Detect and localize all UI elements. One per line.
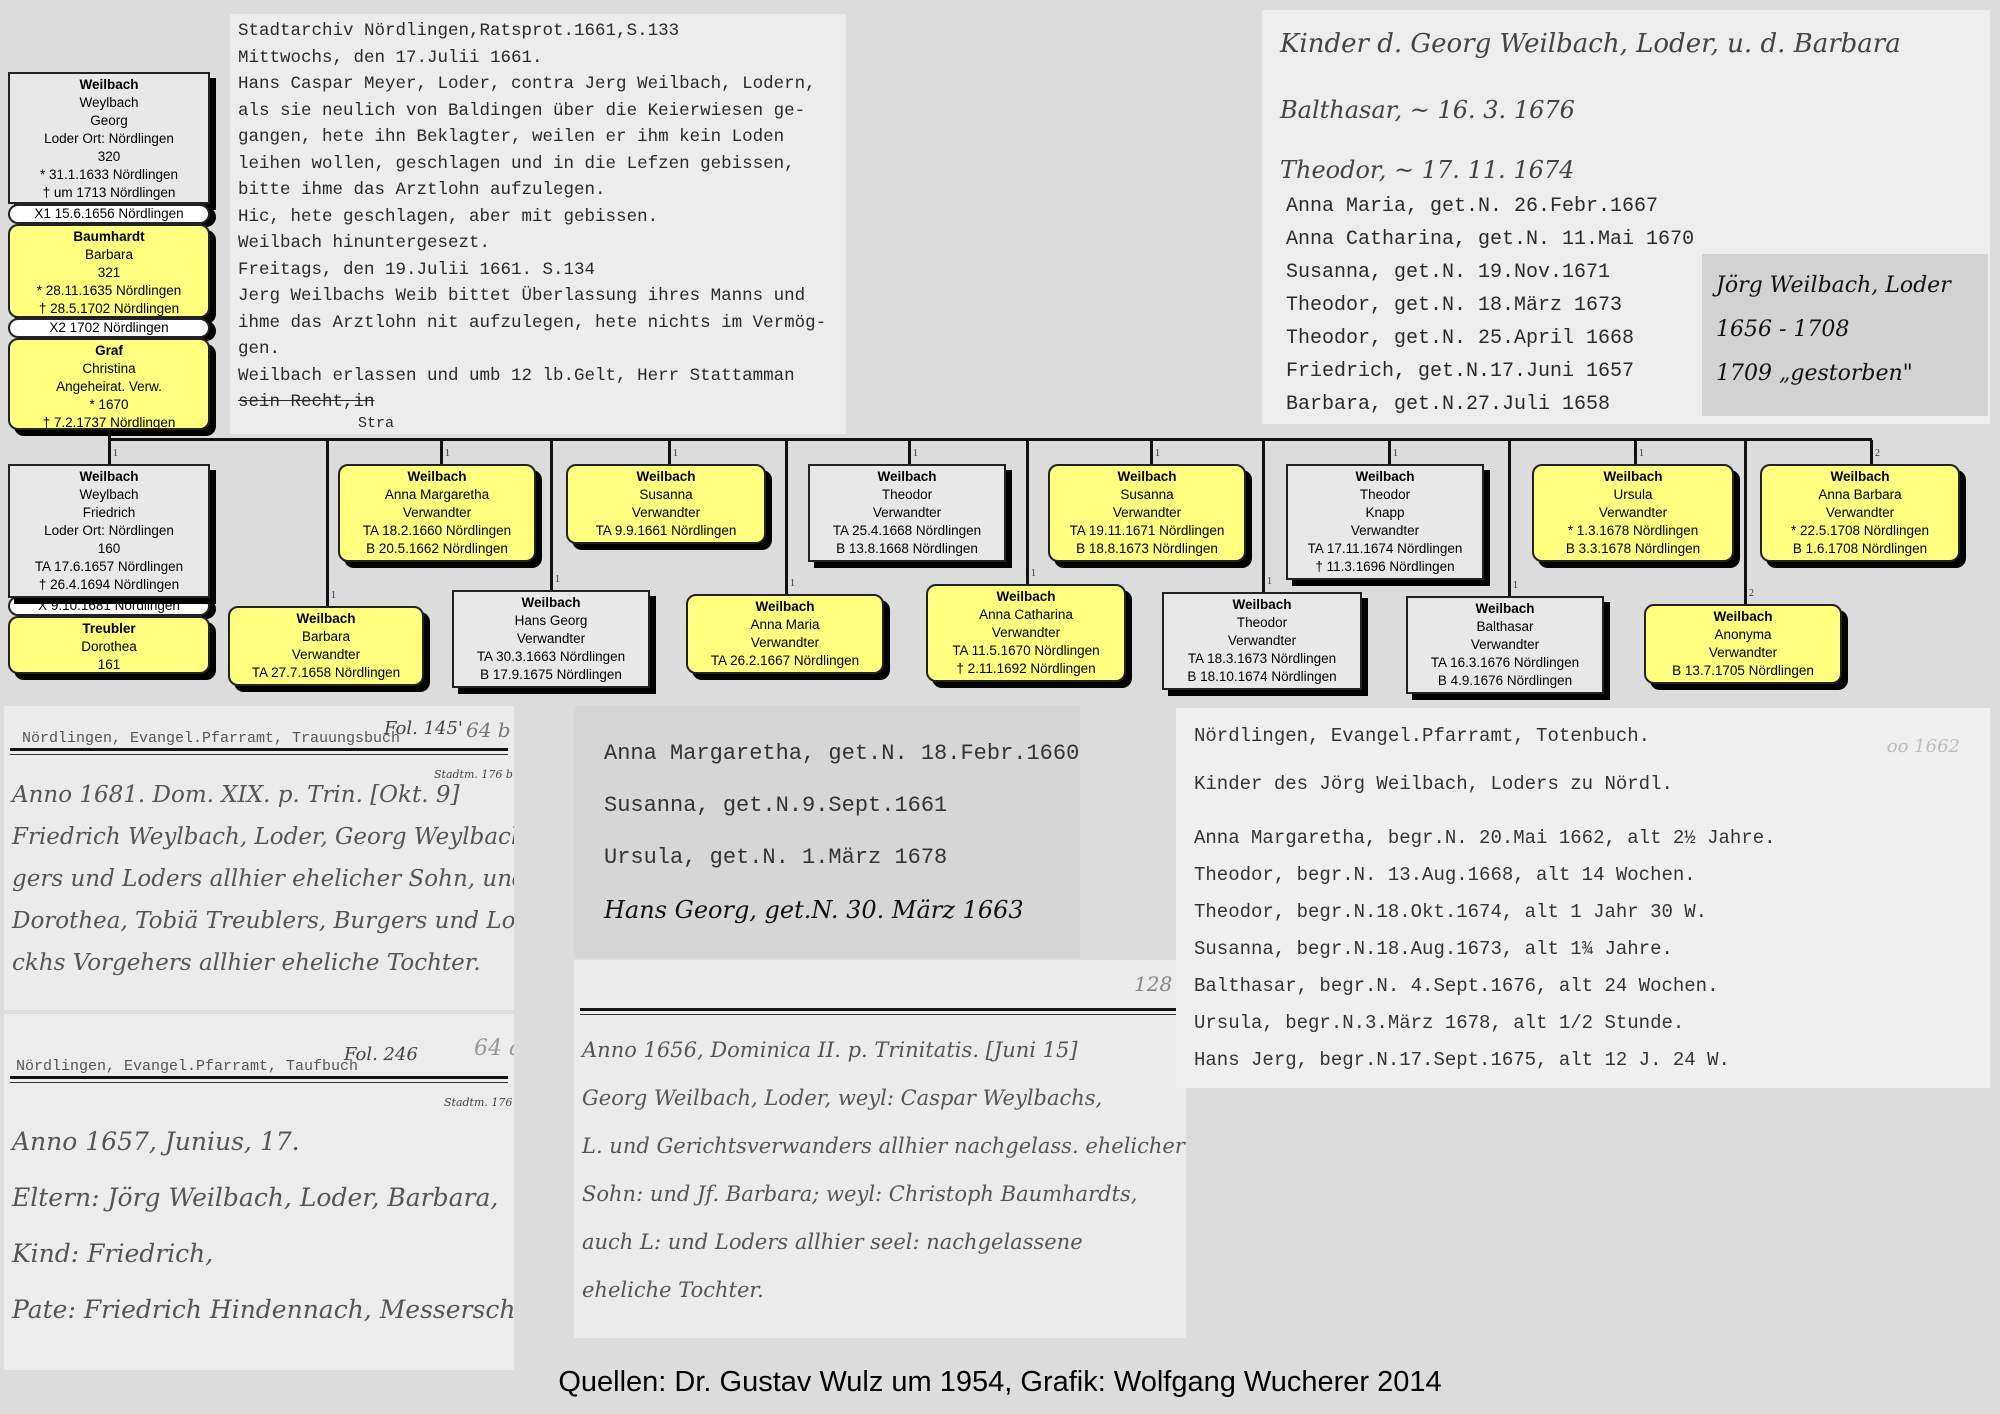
marriage-1: X1 15.6.1656 Nördlingen [8,204,210,224]
child-connector [1870,440,1873,464]
marriage-friedrich: X 9.10.1681 Nördlingen [8,596,210,616]
card-child[interactable]: WeilbachAnna MariaVerwandterTA 26.2.1667… [686,594,884,674]
child-line: Verwandter [232,646,420,664]
child-line: B 20.5.1662 Nördlingen [342,540,532,558]
child-line: Verwandter [342,504,532,522]
child-line: * 22.5.1708 Nördlingen [1764,522,1956,540]
child-surname: Weilbach [570,468,762,486]
marriage-marker: 1 [673,448,678,459]
child-line: TA 17.6.1657 Nördlingen [12,558,206,576]
child-surname: Weilbach [1648,608,1838,626]
marriage-marker: 1 [790,578,795,589]
note-line-0: Jörg Weilbach, Loder [1716,264,1974,308]
card-child[interactable]: WeilbachTheodorKnappVerwandterTA 17.11.1… [1286,464,1484,580]
child-line: B 1.6.1708 Nördlingen [1764,540,1956,558]
card-child[interactable]: WeilbachBalthasarVerwandterTA 16.3.1676 … [1406,596,1604,694]
child-line: Verwandter [570,504,762,522]
child-line: B 3.3.1678 Nördlingen [1536,540,1730,558]
child-connector [440,440,443,464]
father-line-5: † um 1713 Nördlingen [12,184,206,202]
child-line: TA 9.9.1661 Nördlingen [570,522,762,540]
doc-taufliste2: Anna Margaretha, get.N. 18.Febr.1660Susa… [574,706,1080,958]
child-line: Knapp [1290,504,1480,522]
totenbuch-line-5: Ursula, begr.N.3.März 1678, alt 1/2 Stun… [1194,1005,1972,1042]
child-line: Anna Barbara [1764,486,1956,504]
marriage-marker: 2 [1749,588,1754,599]
totenbuch-line-2: Theodor, begr.N.18.Okt.1674, alt 1 Jahr … [1194,894,1972,931]
child-line: Verwandter [1764,504,1956,522]
child-line: Verwandter [930,624,1122,642]
trauung-folio: Fol. 145' [384,718,463,739]
child-line: Anna Margaretha [342,486,532,504]
wife2-line-0: Christina [12,360,206,378]
doc-ratsprotokoll: Stadtarchiv Nördlingen,Ratsprot.1661,S.1… [230,14,846,434]
child-connector [668,440,671,464]
trauung-page: 64 b [466,718,511,742]
trauung-line-0: Anno 1681. Dom. XIX. p. Trin. [Okt. 9] [12,774,514,816]
marriage-marker: 2 [1875,448,1880,459]
child-line: Anonyma [1648,626,1838,644]
child-connector [1634,440,1637,464]
marriage-marker: 1 [1393,448,1398,459]
card-child[interactable]: WeilbachAnonymaVerwandterB 13.7.1705 Nör… [1644,604,1842,684]
child-line: B 18.10.1674 Nördlingen [1166,668,1358,686]
kinderliste-line-0: Anna Maria, get.N. 26.Febr.1667 [1286,190,1972,223]
wife1-line-2: * 28.11.1635 Nördlingen [12,282,206,300]
trauung-line-2: gers und Loders allhier ehelicher Sohn, … [12,858,514,900]
child-line: Verwandter [1648,644,1838,662]
taufbuch-stadt: Stadtm. 176 a [444,1096,514,1109]
wife2-line-1: Angeheirat. Verw. [12,378,206,396]
wife1-line-1: 321 [12,264,206,282]
taufbuch-line-2: Kind: Friedrich, [12,1226,514,1282]
trauung1656-line-2: L. und Gerichtsverwanders allhier nachge… [582,1122,1185,1170]
child-line: Loder Ort: Nördlingen [12,522,206,540]
ratsprot-line-0: Stadtarchiv Nördlingen,Ratsprot.1661,S.1… [238,18,838,45]
child-connector [1388,440,1391,464]
child-line: TA 18.3.1673 Nördlingen [1166,650,1358,668]
child-line: Verwandter [812,504,1002,522]
child-line: TA 26.2.1667 Nördlingen [690,652,880,670]
child-line: TA 27.7.1658 Nördlingen [232,664,420,682]
child-line: TA 17.11.1674 Nördlingen [1290,540,1480,558]
father-line-4: * 31.1.1633 Nördlingen [12,166,206,184]
child-line: Ursula [1536,486,1730,504]
ratsprot-line-3: als sie neulich von Baldingen über die K… [238,98,838,125]
doc-trauung1656: 128 b Anno 1656, Dominica II. p. Trinita… [574,960,1186,1338]
ratsprot-line-9: Freitags, den 19.Julii 1661. S.134 [238,257,838,284]
ratsprot-line-6: bitte ihme das Arztlohn aufzulegen. [238,177,838,204]
spouse-line-0: Dorothea [12,638,206,656]
totenbuch-line-3: Susanna, begr.N.18.Aug.1673, alt 1¾ Jahr… [1194,931,1972,968]
ratsprot-struck: sein Recht,in [238,389,838,416]
trauung1656-line-3: Sohn: und Jf. Barbara; weyl: Christoph B… [582,1170,1185,1218]
trauung1656-line-0: Anno 1656, Dominica II. p. Trinitatis. [… [582,1026,1185,1074]
child-line: † 26.4.1694 Nördlingen [12,576,206,594]
child-surname: Weilbach [1536,468,1730,486]
kinderliste-hw-0: Balthasar, ~ 16. 3. 1676 [1280,90,1972,130]
taufbuch-folio: Fol. 246 [344,1044,418,1065]
kinderliste-note: Jörg Weilbach, Loder 1656 - 1708 1709 „g… [1702,254,1988,416]
taufbuch-line-3: Pate: Friedrich Hindennach, Messerschmid… [12,1282,514,1338]
child-line: 160 [12,540,206,558]
wife2-line-3: † 7.2.1737 Nördlingen [12,414,206,432]
child-surname: Weilbach [812,468,1002,486]
doc-kinderliste: Kinder d. Georg Weilbach, Loder, u. d. B… [1262,10,1990,424]
taufbuch-line-1: Eltern: Jörg Weilbach, Loder, Barbara, [12,1170,514,1226]
child-surname: Weilbach [1764,468,1956,486]
trauung1656-lines: Anno 1656, Dominica II. p. Trinitatis. [… [582,1026,1185,1314]
child-connector [1262,440,1265,592]
marriage-2: X2 1702 Nördlingen [8,318,210,338]
card-child[interactable]: WeilbachAnna MargarethaVerwandterTA 18.2… [338,464,536,562]
ratsprot-line-2: Hans Caspar Meyer, Loder, contra Jerg We… [238,71,838,98]
child-connector [550,440,553,590]
ratsprot-line-1: Mittwochs, den 17.Julii 1661. [238,45,838,72]
father-line-3: 320 [12,148,206,166]
child-surname: Weilbach [342,468,532,486]
child-line: Verwandter [690,634,880,652]
child-line: Susanna [570,486,762,504]
totenbuch-mark: oo 1662 [1887,736,1960,757]
child-line: Anna Maria [690,616,880,634]
sibling-bar [108,438,1872,441]
taufbuch-lines: Anno 1657, Junius, 17.Eltern: Jörg Weilb… [12,1114,514,1338]
child-line: † 11.3.1696 Nördlingen [1290,558,1480,576]
marriage-marker: 1 [1513,580,1518,591]
child-connector [1744,440,1747,604]
wife1-line-3: † 28.5.1702 Nördlingen [12,300,206,318]
trauung-line-4: ckhs Vorgehers allhier eheliche Tochter. [12,942,514,984]
child-line: Friedrich [12,504,206,522]
child-line: B 13.8.1668 Nördlingen [812,540,1002,558]
child-connector [1508,440,1511,596]
totenbuch-lines: Anna Margaretha, begr.N. 20.Mai 1662, al… [1194,820,1972,1079]
ratsprot-line-5: leihen wollen, geschlagen und in die Lef… [238,151,838,178]
card-child[interactable]: WeilbachWeylbachFriedrichLoder Ort: Nörd… [8,464,210,598]
card-child[interactable]: WeilbachSusannaVerwandterTA 19.11.1671 N… [1048,464,1246,562]
child-surname: Weilbach [12,468,206,486]
father-line-2: Loder Ort: Nördlingen [12,130,206,148]
ratsprot-annotation: Stra [358,416,838,432]
marriage-marker: 1 [1155,448,1160,459]
marriage-marker: 1 [1267,576,1272,587]
taufliste2-hw: Hans Georg, get.N. 30. März 1663 [604,884,1050,936]
marriage-marker: 1 [331,590,336,601]
child-connector [326,440,329,606]
source-credit: Quellen: Dr. Gustav Wulz um 1954, Grafik… [0,1366,2000,1399]
totenbuch-line-1: Theodor, begr.N. 13.Aug.1668, alt 14 Woc… [1194,857,1972,894]
ratsprot-lines: Stadtarchiv Nördlingen,Ratsprot.1661,S.1… [238,18,838,389]
trauung-lines: Anno 1681. Dom. XIX. p. Trin. [Okt. 9]Fr… [12,774,514,984]
child-line: Theodor [1166,614,1358,632]
card-child[interactable]: WeilbachUrsulaVerwandter* 1.3.1678 Nördl… [1532,464,1734,562]
taufbuch-line-0: Anno 1657, Junius, 17. [12,1114,514,1170]
child-line: Susanna [1052,486,1242,504]
card-child[interactable]: WeilbachAnna CatharinaVerwandterTA 11.5.… [926,584,1126,682]
child-line: Verwandter [456,630,646,648]
card-father[interactable]: Weilbach WeylbachGeorgLoder Ort: Nördlin… [8,72,210,204]
taufliste2-line-2: Ursula, get.N. 1.März 1678 [604,832,1050,884]
kinderliste-heading: Kinder d. Georg Weilbach, Loder, u. d. B… [1280,24,1972,64]
ratsprot-line-8: Weilbach hinuntergesezt. [238,230,838,257]
totenbuch-line-6: Hans Jerg, begr.N.17.Sept.1675, alt 12 J… [1194,1042,1972,1079]
card-spouse-treubler[interactable]: Treubler Dorothea161 [8,616,210,674]
child-line: Weylbach [12,486,206,504]
marriage-marker: 1 [913,448,918,459]
trauung1656-line-4: auch L: und Loders allhier seel: nachgel… [582,1218,1185,1266]
ratsprot-line-7: Hic, hete geschlagen, aber mit gebissen. [238,204,838,231]
child-line: TA 16.3.1676 Nördlingen [1410,654,1600,672]
child-line: B 18.8.1673 Nördlingen [1052,540,1242,558]
child-line: Anna Catharina [930,606,1122,624]
child-line: Theodor [812,486,1002,504]
trauung1656-line-1: Georg Weilbach, Loder, weyl: Caspar Weyl… [582,1074,1185,1122]
marriage-marker: 1 [1031,568,1036,579]
child-line: Balthasar [1410,618,1600,636]
ratsprot-line-13: Weilbach erlassen und umb 12 lb.Gelt, He… [238,363,838,390]
kinderliste-line-1: Anna Catharina, get.N. 11.Mai 1670 [1286,223,1972,256]
child-line: Verwandter [1052,504,1242,522]
child-line: TA 30.3.1663 Nördlingen [456,648,646,666]
child-line: Verwandter [1290,522,1480,540]
totenbuch-line-4: Balthasar, begr.N. 4.Sept.1676, alt 24 W… [1194,968,1972,1005]
child-line: TA 18.2.1660 Nördlingen [342,522,532,540]
child-connector [1026,440,1029,584]
father-surname: Weilbach [12,76,206,94]
card-child[interactable]: WeilbachBarbaraVerwandterTA 27.7.1658 Nö… [228,606,424,686]
ratsprot-line-4: gangen, hete ihn Beklagter, weilen er ih… [238,124,838,151]
totenbuch-line-0: Anna Margaretha, begr.N. 20.Mai 1662, al… [1194,820,1972,857]
card-wife-baumhardt[interactable]: Baumhardt Barbara321* 28.11.1635 Nördlin… [8,224,210,318]
card-child[interactable]: WeilbachTheodorVerwandterTA 25.4.1668 Nö… [808,464,1006,562]
child-surname: Weilbach [1166,596,1358,614]
child-line: B 13.7.1705 Nördlingen [1648,662,1838,680]
child-surname: Weilbach [232,610,420,628]
doc-taufbuch: Nördlingen, Evangel.Pfarramt, Taufbuch F… [4,1014,514,1370]
child-surname: Weilbach [690,598,880,616]
child-line: Barbara [232,628,420,646]
marriage-marker: 1 [445,448,450,459]
spouse-line-1: 161 [12,656,206,674]
note-line-1: 1656 - 1708 [1716,308,1974,352]
trauung-line-3: Dorothea, Tobiä Treublers, Burgers und L… [12,900,514,942]
child-line: Hans Georg [456,612,646,630]
child-surname: Weilbach [1410,600,1600,618]
child-connector [785,440,788,594]
child-line: * 1.3.1678 Nördlingen [1536,522,1730,540]
note-line-2: 1709 „gestorben" [1716,352,1974,396]
marriage-marker: 1 [555,574,560,585]
child-surname: Weilbach [1290,468,1480,486]
spouse-surname: Treubler [12,620,206,638]
child-line: Verwandter [1410,636,1600,654]
child-connector [108,440,111,464]
card-child[interactable]: WeilbachHans GeorgVerwandterTA 30.3.1663… [452,590,650,688]
totenbuch-header: Nördlingen, Evangel.Pfarramt, Totenbuch. [1194,716,1972,756]
child-line: B 4.9.1676 Nördlingen [1410,672,1600,690]
taufliste2-line-1: Susanna, get.N.9.Sept.1661 [604,780,1050,832]
wife1-surname: Baumhardt [12,228,206,246]
child-line: Theodor [1290,486,1480,504]
doc-trauungsbuch: Nördlingen, Evangel.Pfarramt, Trauungsbu… [4,706,514,1010]
child-line: Verwandter [1166,632,1358,650]
ratsprot-line-11: ihme das Arztlohn nit aufzulegen, hete n… [238,310,838,337]
child-connector [1150,440,1153,464]
card-child[interactable]: WeilbachTheodorVerwandterTA 18.3.1673 Nö… [1162,592,1362,690]
trauung1656-line-5: eheliche Tochter. [582,1266,1185,1314]
child-line: † 2.11.1692 Nördlingen [930,660,1122,678]
child-surname: Weilbach [1052,468,1242,486]
card-child[interactable]: WeilbachAnna BarbaraVerwandter* 22.5.170… [1760,464,1960,562]
totenbuch-subheading: Kinder des Jörg Weilbach, Loders zu Nörd… [1194,764,1972,804]
taufbuch-page: 64 a [474,1036,514,1061]
doc-totenbuch: Nördlingen, Evangel.Pfarramt, Totenbuch.… [1176,708,1990,1088]
card-child[interactable]: WeilbachSusannaVerwandterTA 9.9.1661 Nör… [566,464,766,544]
taufliste2-line-0: Anna Margaretha, get.N. 18.Febr.1660 [604,728,1050,780]
child-line: B 17.9.1675 Nördlingen [456,666,646,684]
card-wife-graf[interactable]: Graf ChristinaAngeheirat. Verw.* 1670† 7… [8,338,210,430]
marriage-marker: 1 [113,448,118,459]
kinderliste-hw-1: Theodor, ~ 17. 11. 1674 [1280,150,1972,190]
taufliste2-typed: Anna Margaretha, get.N. 18.Febr.1660Susa… [604,728,1050,884]
wife2-surname: Graf [12,342,206,360]
child-surname: Weilbach [456,594,646,612]
child-line: TA 25.4.1668 Nördlingen [812,522,1002,540]
marriage-marker: 1 [1639,448,1644,459]
ratsprot-line-10: Jerg Weilbachs Weib bittet Überlassung i… [238,283,838,310]
wife1-line-0: Barbara [12,246,206,264]
father-line-0: Weylbach [12,94,206,112]
child-line: TA 11.5.1670 Nördlingen [930,642,1122,660]
ratsprot-line-12: gen. [238,336,838,363]
child-line: Verwandter [1536,504,1730,522]
child-surname: Weilbach [930,588,1122,606]
father-line-1: Georg [12,112,206,130]
trauung-line-1: Friedrich Weylbach, Loder, Georg Weylbac… [12,816,514,858]
wife2-line-2: * 1670 [12,396,206,414]
child-line: TA 19.11.1671 Nördlingen [1052,522,1242,540]
child-connector [908,440,911,464]
